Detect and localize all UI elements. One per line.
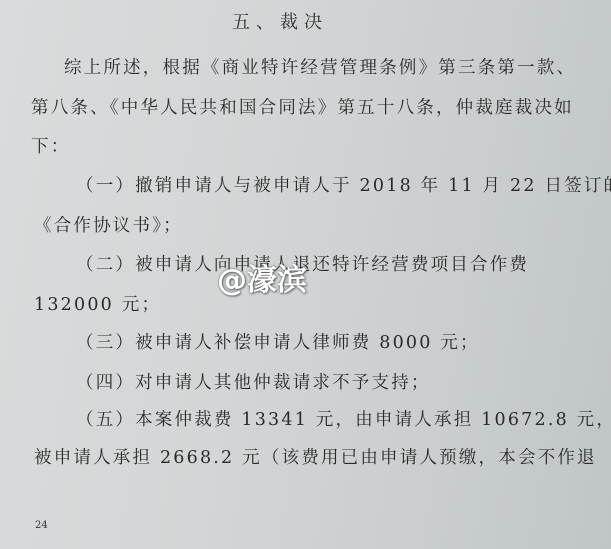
ruling-item-5-cont: 被申请人承担 2668.2 元（该费用已由申请人预缴，本会不作退 bbox=[34, 444, 597, 469]
ruling-item-1: （一）撤销申请人与被申请人于 2018 年 11 月 22 日签订的 bbox=[76, 172, 611, 197]
ruling-item-5: （五）本案仲裁费 13341 元，由申请人承担 10672.8 元，由 bbox=[76, 406, 611, 431]
paragraph-line: 综上所述，根据《商业特许经营管理条例》第三条第一款、 bbox=[64, 54, 576, 79]
ruling-item-3: （三）被申请人补偿申请人律师费 8000 元； bbox=[76, 329, 480, 354]
ruling-item-4: （四）对申请人其他仲裁请求不予支持； bbox=[76, 369, 431, 394]
section-title: 五、裁决 bbox=[232, 8, 328, 34]
page-number: 24 bbox=[35, 520, 48, 531]
ruling-item-2-cont: 132000 元； bbox=[34, 291, 161, 316]
watermark: @濠滨 bbox=[217, 255, 307, 299]
document-page: 五、裁决 综上所述，根据《商业特许经营管理条例》第三条第一款、 第八条、《中华人… bbox=[0, 0, 611, 549]
ruling-item-1-cont: 《合作协议书》； bbox=[34, 212, 183, 237]
paragraph-line: 第八条、《中华人民共和国合同法》第五十八条，仲裁庭裁决如 bbox=[31, 94, 574, 119]
paragraph-line: 下： bbox=[31, 133, 70, 158]
